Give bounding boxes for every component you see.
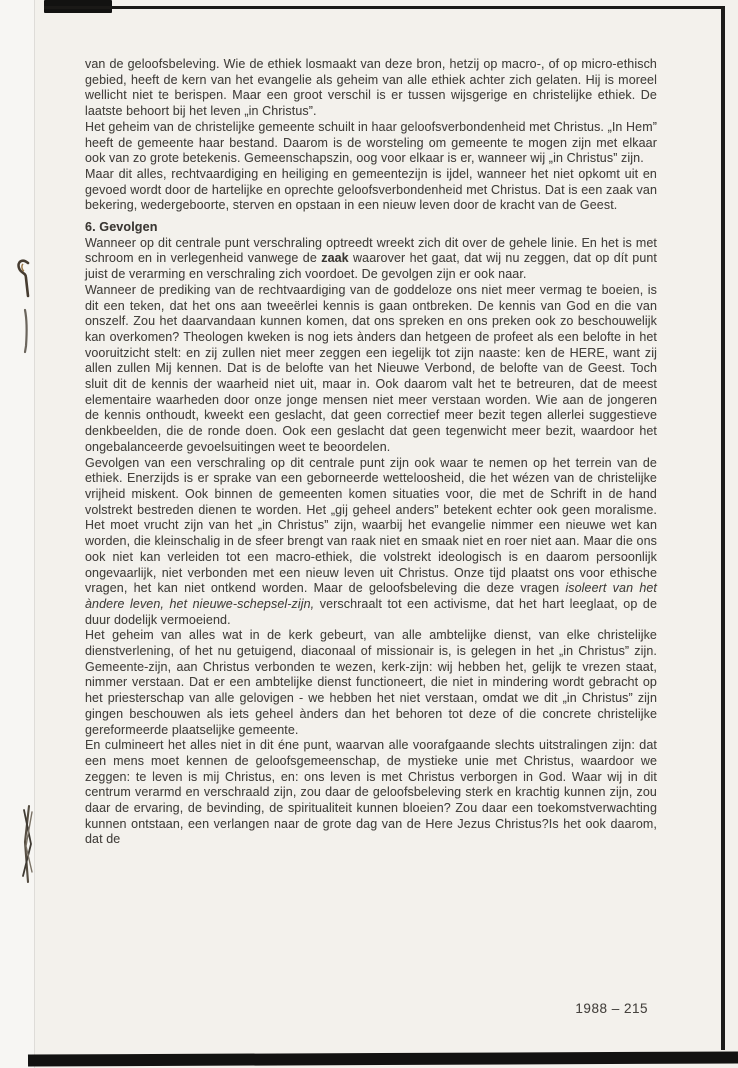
page-footer: 1988 – 215	[575, 1001, 648, 1016]
scan-edge-right	[721, 7, 725, 1050]
text-segment: En culmineert het alles niet in dit éne …	[85, 738, 657, 846]
text-segment: Gevolgen van een verschraling op dit cen…	[85, 456, 657, 596]
text-segment: Wanneer de prediking van de rechtvaardig…	[85, 283, 657, 454]
text-segment: Het geheim van alles wat in de kerk gebe…	[85, 628, 657, 736]
staple-icon	[16, 802, 42, 893]
page-left-edge	[0, 0, 35, 1068]
text-segment: zaak	[321, 251, 349, 265]
paragraph: Gevolgen van een verschraling op dit cen…	[85, 456, 657, 629]
paragraph: Wanneer op dit centrale punt verschralin…	[85, 236, 657, 283]
text-segment: van de geloofsbeleving. Wie de ethiek lo…	[85, 57, 657, 118]
text-segment: Maar dit alles, rechtvaardiging en heili…	[85, 167, 657, 212]
paragraph: van de geloofsbeleving. Wie de ethiek lo…	[85, 57, 657, 120]
text-segment: Het geheim van de christelijke gemeente …	[85, 120, 657, 165]
section-heading: 6. Gevolgen	[85, 220, 657, 236]
scan-edge-top	[44, 6, 725, 9]
paragraph: Maar dit alles, rechtvaardiging en heili…	[85, 167, 657, 214]
text-column: van de geloofsbeleving. Wie de ethiek lo…	[85, 57, 657, 848]
staple-icon	[14, 258, 40, 363]
paragraph: Wanneer de prediking van de rechtvaardig…	[85, 283, 657, 456]
text-segment: 6. Gevolgen	[85, 220, 158, 234]
paragraph: En culmineert het alles niet in dit éne …	[85, 738, 657, 848]
paragraph: Het geheim van alles wat in de kerk gebe…	[85, 628, 657, 738]
scan-edge-bottom	[28, 1051, 738, 1066]
paragraph: Het geheim van de christelijke gemeente …	[85, 120, 657, 167]
